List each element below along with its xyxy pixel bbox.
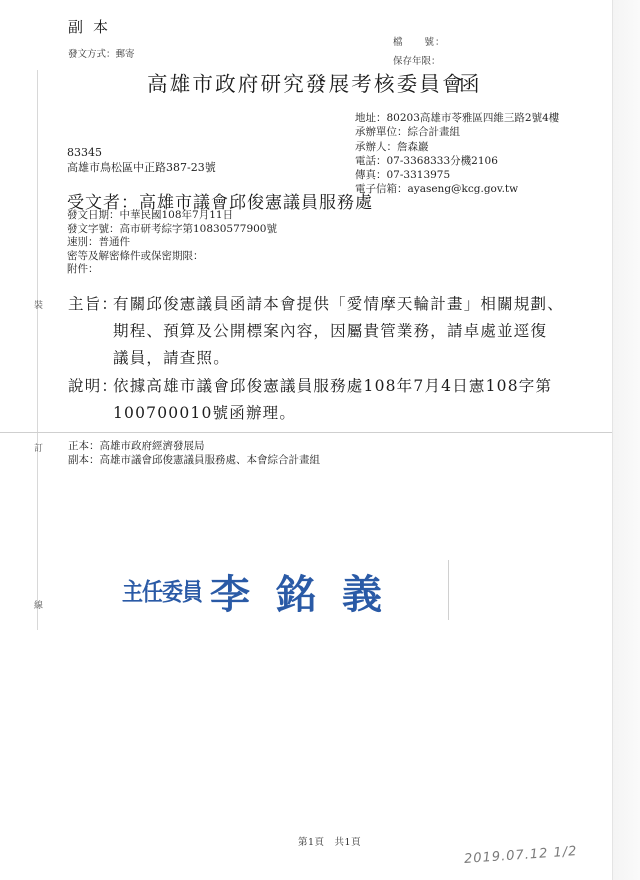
- explanation-label: 說明：: [68, 373, 113, 427]
- original-recipient: 正本：高雄市政府經濟發展局: [68, 439, 320, 453]
- contact-address: 地址：80203高雄市苓雅區四維三路2號4樓: [355, 111, 559, 125]
- subject-label: 主旨：: [68, 291, 113, 372]
- copy-recipients: 副本：高雄市議會邱俊憲議員服務處、本會綜合計畫組: [68, 453, 320, 467]
- contact-handler: 承辦人：詹森巖: [355, 140, 559, 154]
- contact-block: 地址：80203高雄市苓雅區四維三路2號4樓 承辦單位：綜合計畫組 承辦人：詹森…: [355, 111, 559, 197]
- handwritten-date-note: 2019.07.12 1/2: [464, 844, 578, 867]
- margin-mark-staple: 訂: [34, 441, 43, 454]
- contact-email: 電子信箱：ayaseng@kcg.gov.tw: [355, 182, 559, 196]
- send-method: 發文方式：郵寄: [68, 46, 135, 60]
- issue-date: 發文日期：中華民國108年7月11日: [67, 209, 277, 223]
- contact-phone: 電話：07-3368333分機2106: [355, 154, 559, 168]
- margin-mark-line: 線: [34, 598, 43, 611]
- seal-title: 主任委員: [122, 574, 202, 609]
- org-title: 高雄市政府研究發展考核委員會: [147, 67, 465, 97]
- subject-line: 期程、預算及公開標案內容，因屬貴管業務，請卓處並逕復: [113, 318, 568, 345]
- recipient-address: 高雄市鳥松區中正路387-23號: [67, 161, 216, 176]
- explanation-section: 說明： 依據高雄市議會邱俊憲議員服務處108年7月4日憲108字第 100700…: [68, 373, 568, 427]
- explanation-line: 100700010號函辦理。: [113, 400, 568, 427]
- contact-unit: 承辦單位：綜合計畫組: [355, 125, 559, 139]
- delivery-speed: 速別：普通件: [67, 236, 277, 250]
- fold-line: [0, 432, 612, 433]
- scan-edge: [612, 0, 640, 880]
- recipient-zip: 83345: [67, 146, 216, 161]
- subject-section: 主旨： 有關邱俊憲議員函請本會提供「愛情摩天輪計畫」相關規劃、 期程、預算及公開…: [68, 291, 568, 372]
- seal-name: 李銘義: [210, 563, 408, 620]
- document-meta: 發文日期：中華民國108年7月11日 發文字號：高市研考綜字第108305779…: [67, 209, 277, 277]
- secrecy-level: 密等及解密條件或保密期限：: [67, 250, 277, 264]
- explanation-line: 依據高雄市議會邱俊憲議員服務處108年7月4日憲108字第: [113, 373, 568, 400]
- subject-line: 議員，請查照。: [113, 345, 568, 372]
- margin-mark-bind: 裝: [34, 298, 43, 311]
- retention-label: 保存年限：: [393, 53, 441, 67]
- contact-fax: 傳真：07-3313975: [355, 168, 559, 182]
- scan-edge-line: [612, 0, 613, 880]
- signature-seal: 主任委員 李銘義: [122, 561, 408, 621]
- doc-type: 函: [459, 67, 480, 97]
- copy-mark: 副本: [68, 16, 118, 37]
- seal-edge-line: [448, 560, 449, 620]
- page-info: 第1頁 共1頁: [298, 834, 361, 848]
- binding-line: [37, 70, 38, 630]
- subject-line: 有關邱俊憲議員函請本會提供「愛情摩天輪計畫」相關規劃、: [113, 291, 568, 318]
- file-number-label: 檔 號：: [393, 34, 446, 48]
- document-number: 發文字號：高市研考綜字第10830577900號: [67, 223, 277, 237]
- distribution-list: 正本：高雄市政府經濟發展局 副本：高雄市議會邱俊憲議員服務處、本會綜合計畫組: [68, 439, 320, 467]
- recipient-postal-address: 83345 高雄市鳥松區中正路387-23號: [67, 146, 216, 175]
- attachments: 附件：: [67, 263, 277, 277]
